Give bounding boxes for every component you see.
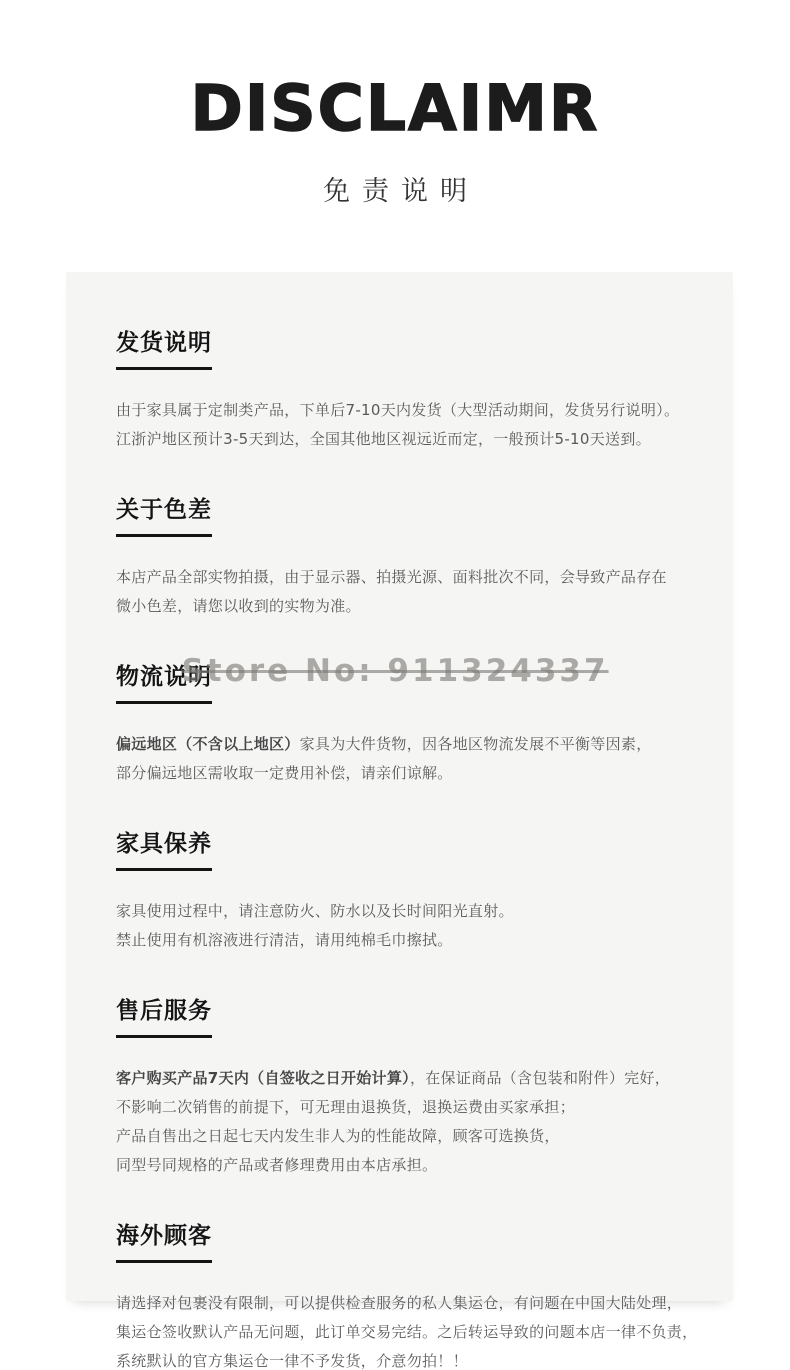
section-text-line: 偏远地区（不含以上地区）家具为大件货物，因各地区物流发展不平衡等因素， [116, 730, 683, 759]
section-heading: 家具保养 [116, 825, 683, 871]
text-body: 不影响二次销售的前提下，可无理由退换货，退换运费由买家承担； [116, 1098, 575, 1116]
section-text-line: 请选择对包裹没有限制，可以提供检查服务的私人集运仓，有问题在中国大陆处理， [116, 1289, 683, 1318]
text-body: 本店产品全部实物拍摄，由于显示器、拍摄光源、面料批次不同，会导致产品存在 [116, 568, 667, 586]
section-text-line: 系统默认的官方集运仓一律不予发货，介意勿拍！！ [116, 1347, 683, 1370]
section-heading: 关于色差 [116, 491, 683, 537]
section-text-line: 部分偏远地区需收取一定费用补偿，请亲们谅解。 [116, 759, 683, 788]
page-subtitle: 免责说明 [0, 169, 790, 208]
section-furniture-care: 家具保养 家具使用过程中，请注意防火、防水以及长时间阳光直射。 禁止使用有机溶液… [116, 825, 683, 955]
section-color-difference: 关于色差 本店产品全部实物拍摄，由于显示器、拍摄光源、面料批次不同，会导致产品存… [116, 491, 683, 621]
disclaimer-card: 发货说明 由于家具属于定制类产品，下单后7-10天内发货（大型活动期间，发货另行… [66, 272, 733, 1301]
section-after-sales: 售后服务 客户购买产品7天内（自签收之日开始计算），在保证商品（含包装和附件）完… [116, 992, 683, 1180]
section-text-line: 家具使用过程中，请注意防火、防水以及长时间阳光直射。 [116, 897, 683, 926]
section-text-line: 微小色差，请您以收到的实物为准。 [116, 592, 683, 621]
text-bold-lead: 客户购买产品7天内（自签收之日开始计算） [116, 1069, 410, 1087]
section-heading-text: 物流说明 [116, 658, 212, 704]
section-heading: 售后服务 [116, 992, 683, 1038]
text-body: 由于家具属于定制类产品，下单后7-10天内发货（大型活动期间，发货另行说明）。 [116, 401, 679, 419]
text-body: 微小色差，请您以收到的实物为准。 [116, 597, 361, 615]
section-logistics-notice: 物流说明 偏远地区（不含以上地区）家具为大件货物，因各地区物流发展不平衡等因素，… [116, 658, 683, 788]
section-heading-text: 售后服务 [116, 992, 212, 1038]
section-text-line: 不影响二次销售的前提下，可无理由退换货，退换运费由买家承担； [116, 1093, 683, 1122]
section-heading: 海外顾客 [116, 1217, 683, 1263]
text-body: 系统默认的官方集运仓一律不予发货，介意勿拍！！ [116, 1352, 468, 1370]
section-text-line: 本店产品全部实物拍摄，由于显示器、拍摄光源、面料批次不同，会导致产品存在 [116, 563, 683, 592]
text-body: 同型号同规格的产品或者修理费用由本店承担。 [116, 1156, 437, 1174]
section-text-line: 客户购买产品7天内（自签收之日开始计算），在保证商品（含包装和附件）完好， [116, 1064, 683, 1093]
section-text-line: 同型号同规格的产品或者修理费用由本店承担。 [116, 1151, 683, 1180]
section-text-line: 由于家具属于定制类产品，下单后7-10天内发货（大型活动期间，发货另行说明）。 [116, 396, 683, 425]
section-heading: 物流说明 [116, 658, 683, 704]
text-body: ，在保证商品（含包装和附件）完好， [410, 1069, 670, 1087]
section-text-line: 江浙沪地区预计3-5天到达，全国其他地区视远近而定，一般预计5-10天送到。 [116, 425, 683, 454]
section-shipping-notice: 发货说明 由于家具属于定制类产品，下单后7-10天内发货（大型活动期间，发货另行… [116, 324, 683, 454]
text-body: 请选择对包裹没有限制，可以提供检查服务的私人集运仓，有问题在中国大陆处理， [116, 1294, 682, 1312]
section-text-line: 禁止使用有机溶液进行清洁，请用纯棉毛巾擦拭。 [116, 926, 683, 955]
disclaimer-page: DISCLAIMR 免责说明 发货说明 由于家具属于定制类产品，下单后7-10天… [0, 0, 790, 1370]
section-heading-text: 关于色差 [116, 491, 212, 537]
text-body: 江浙沪地区预计3-5天到达，全国其他地区视远近而定，一般预计5-10天送到。 [116, 430, 651, 448]
section-heading: 发货说明 [116, 324, 683, 370]
section-text-line: 产品自售出之日起七天内发生非人为的性能故障，顾客可选换货， [116, 1122, 683, 1151]
section-heading-text: 家具保养 [116, 825, 212, 871]
text-body: 集运仓签收默认产品无问题，此订单交易完结。之后转运导致的问题本店一律不负责， [116, 1323, 697, 1341]
text-body: 禁止使用有机溶液进行清洁，请用纯棉毛巾擦拭。 [116, 931, 453, 949]
text-body: 产品自售出之日起七天内发生非人为的性能故障，顾客可选换货， [116, 1127, 560, 1145]
text-body: 部分偏远地区需收取一定费用补偿，请亲们谅解。 [116, 764, 453, 782]
section-heading-text: 海外顾客 [116, 1217, 212, 1263]
section-heading-text: 发货说明 [116, 324, 212, 370]
section-overseas-customers: 海外顾客 请选择对包裹没有限制，可以提供检查服务的私人集运仓，有问题在中国大陆处… [116, 1217, 683, 1370]
text-body: 家具为大件货物，因各地区物流发展不平衡等因素， [300, 735, 652, 753]
text-body: 家具使用过程中，请注意防火、防水以及长时间阳光直射。 [116, 902, 514, 920]
text-bold-lead: 偏远地区（不含以上地区） [116, 735, 300, 753]
page-title: DISCLAIMR [0, 0, 790, 145]
section-text-line: 集运仓签收默认产品无问题，此订单交易完结。之后转运导致的问题本店一律不负责， [116, 1318, 683, 1347]
